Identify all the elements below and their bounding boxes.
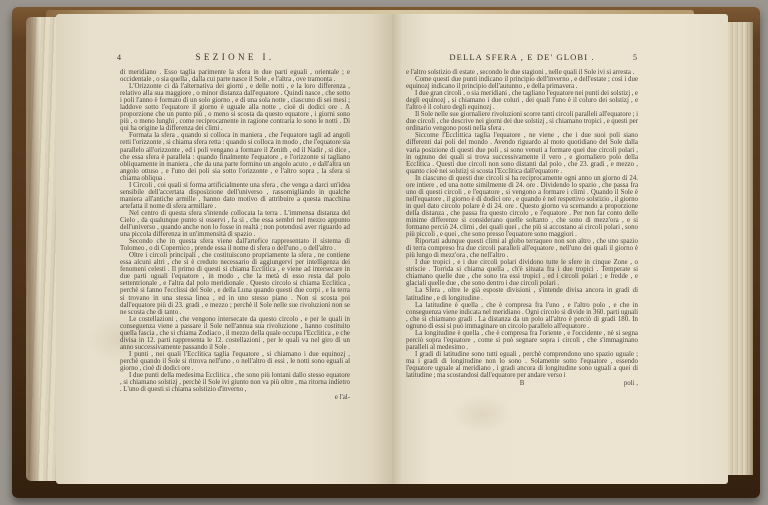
page-fore-edge — [727, 22, 753, 475]
left-page: 4 SEZIONE I. di meridiano . Esso taglia … — [56, 14, 392, 484]
paragraph: La latitudine è quella , che è compresa … — [406, 302, 638, 330]
signature-line: B poli , — [406, 380, 638, 388]
right-page: DELLA SFERA , E DE' GLOBI . 5 e l'altro … — [392, 14, 728, 484]
paragraph: La longitudine è quella , che è compresa… — [406, 330, 638, 351]
paragraph: Il Sole nelle sue giornaliere rivoluzion… — [406, 111, 638, 132]
right-running-title: DELLA SFERA , E DE' GLOBI . — [406, 52, 638, 62]
paragraph: Oltre i circoli principali , che costitu… — [120, 252, 350, 315]
paragraph: Le costellazioni , che vengono interseca… — [120, 316, 350, 351]
right-page-number: 5 — [633, 53, 637, 62]
open-spread: 4 SEZIONE I. di meridiano . Esso taglia … — [56, 14, 728, 484]
right-header-row: DELLA SFERA , E DE' GLOBI . 5 — [406, 52, 638, 65]
gathering-signature: B — [520, 380, 525, 387]
right-text-block: DELLA SFERA , E DE' GLOBI . 5 e l'altro … — [406, 52, 638, 388]
paragraph: I due punti della medesima Ecclitica , c… — [120, 372, 350, 393]
paragraph: I gradi di latitudine sono tutti eguali … — [406, 351, 638, 379]
left-text-block: 4 SEZIONE I. di meridiano . Esso taglia … — [120, 52, 350, 401]
paragraph: Secondo che in questa sfera viene dall'a… — [120, 238, 350, 252]
paragraph: Riportati adunque questi climi al globo … — [406, 238, 638, 259]
paragraph: In ciascuno di questi due circoli si ha … — [406, 175, 638, 238]
paragraph: Come questi due punti indicano il princi… — [406, 76, 638, 90]
left-page-number: 4 — [117, 53, 121, 62]
page-stain — [452, 394, 512, 434]
left-running-title: SEZIONE I. — [120, 52, 350, 62]
paragraph: La Sfera , oltre le già esposte division… — [406, 287, 638, 301]
paragraph: Siccome l'Ecclittica taglia l'equatore ,… — [406, 132, 638, 174]
right-catchword: poli , — [624, 380, 638, 387]
paragraph: e l'altro solstizio di estate , secondo … — [406, 69, 638, 76]
paragraph: I Circoli , coi quali si forma artificia… — [120, 182, 350, 210]
book-photo: 4 SEZIONE I. di meridiano . Esso taglia … — [0, 0, 768, 505]
paragraph: di meridiano . Esso taglia parimente la … — [120, 69, 350, 83]
paragraph: I due gran circoli , o sia meridiani , c… — [406, 90, 638, 111]
paragraph: I due tropici , e i due circoli polari d… — [406, 259, 638, 287]
paragraph: L'Orizzonte ci dà l'alternativa dei gior… — [120, 83, 350, 132]
left-header-row: 4 SEZIONE I. — [120, 52, 350, 65]
paragraph: Formata la sfera , quando si colloca in … — [120, 132, 350, 181]
paragraph: Nel centro di questa sfera s'intende col… — [120, 210, 350, 238]
paragraph: I punti , nei quali l'Ecclitica taglia l… — [120, 351, 350, 372]
left-catchword: e l'al- — [120, 394, 350, 401]
